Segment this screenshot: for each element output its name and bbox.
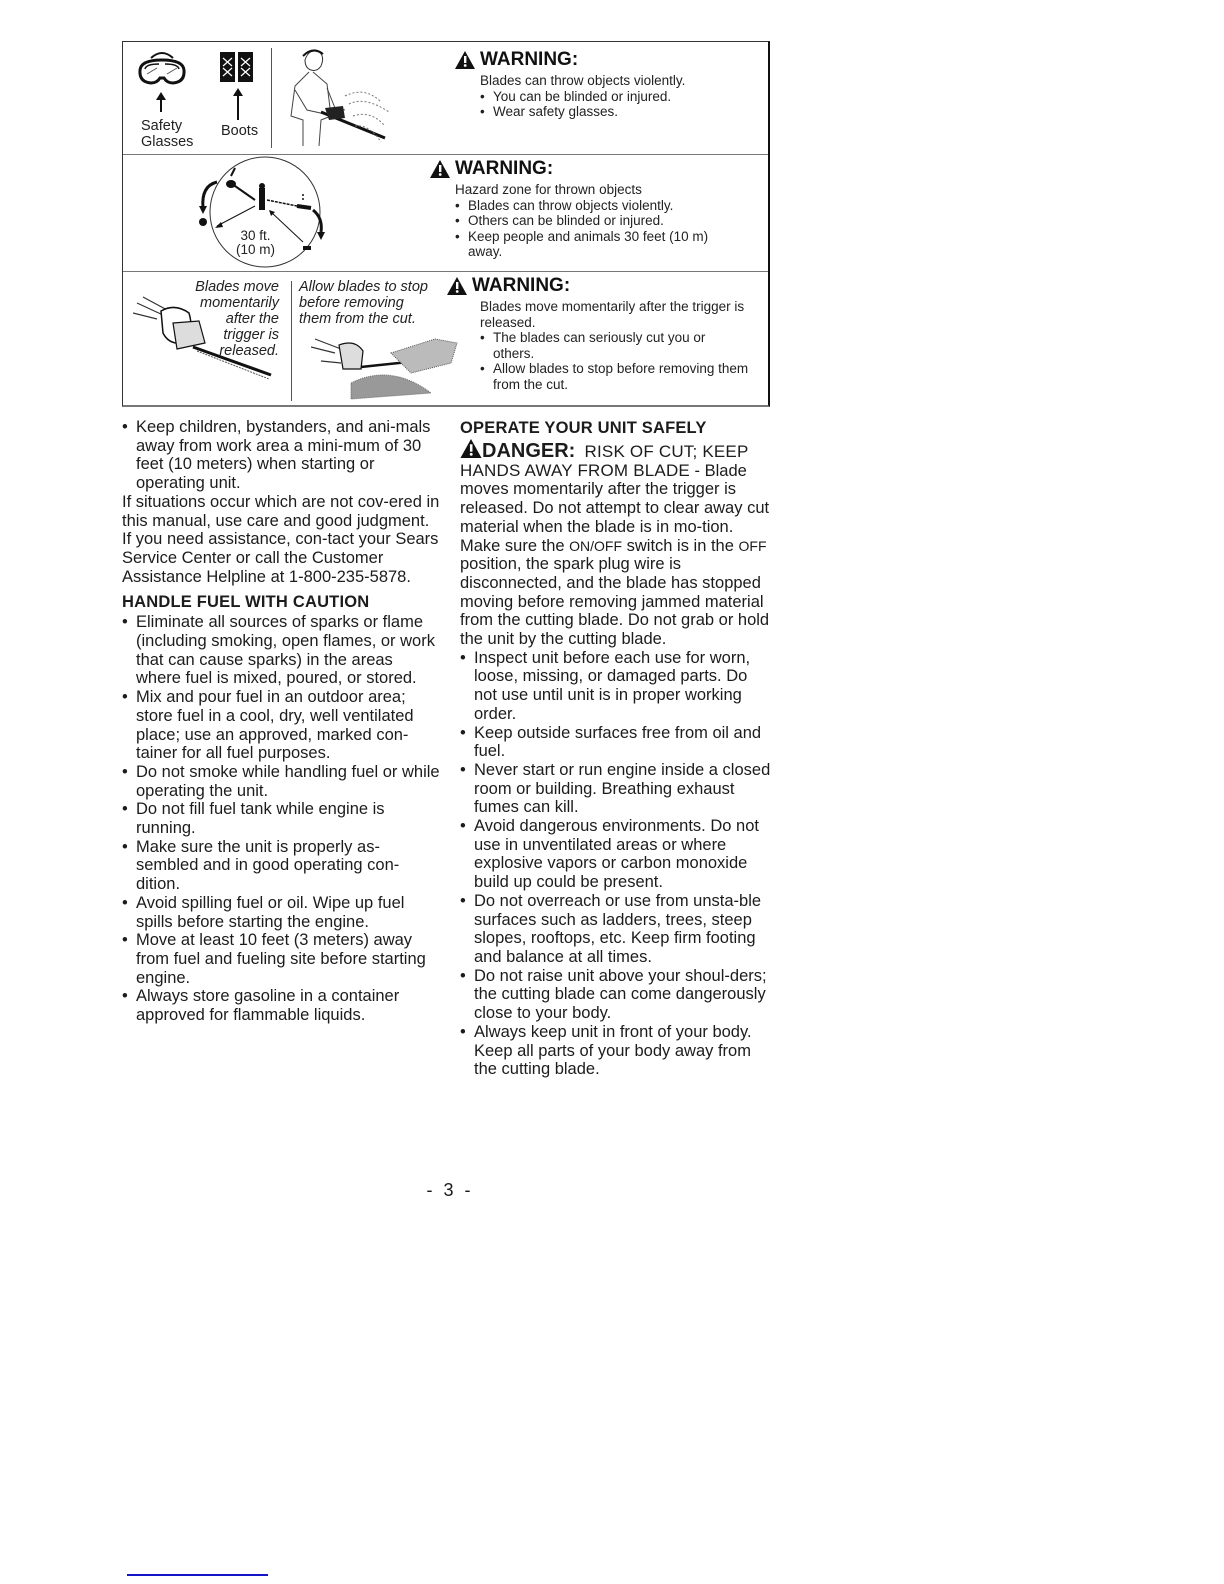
operator-with-hedge-trimmer-illustration — [285, 46, 395, 150]
warning-lead: Blades move momentarily after the trigge… — [480, 299, 755, 330]
danger-paragraph: DANGER: RISK OF CUT; KEEP HANDS AWAY FRO… — [460, 439, 772, 649]
caption-allow-blades-to-stop: Allow blades to stop before removing the… — [299, 279, 428, 327]
list-item: Avoid dangerous environments. Do not use… — [460, 817, 772, 892]
warning-bullet: Keep people and animals 30 feet (10 m) a… — [455, 229, 715, 260]
list-item: Do not overreach or use from unsta-ble s… — [460, 892, 772, 967]
warning-bullet: Allow blades to stop before removing the… — [480, 361, 750, 392]
warning-triangle-icon — [430, 160, 450, 178]
list-item: Avoid spilling fuel or oil. Wipe up fuel… — [122, 894, 440, 931]
list-item: Inspect unit before each use for worn, l… — [460, 649, 772, 724]
divider — [291, 281, 292, 401]
warning-triangle-icon — [455, 51, 475, 69]
operate-bullet-list: Inspect unit before each use for worn, l… — [460, 649, 772, 1079]
warning-row-safety-gear: Safety Glasses Boots W — [123, 42, 768, 155]
warning-lead: Hazard zone for thrown objects — [455, 182, 715, 198]
bullet-keep-children-away: Keep children, bystanders, and ani-mals … — [122, 418, 440, 493]
arrow-up-icon — [233, 88, 243, 120]
list-item: Always keep unit in front of your body. … — [460, 1023, 772, 1079]
list-item: Never start or run engine inside a close… — [460, 761, 772, 817]
divider — [271, 48, 272, 148]
trimmer-in-cut-illustration — [311, 333, 461, 403]
assistance-paragraph: If situations occur which are not cov-er… — [122, 493, 440, 587]
warning-row-hazard-zone: 30 ft. (10 m) WARNING: Hazard zone for t… — [123, 154, 768, 272]
danger-label: DANGER: — [482, 440, 575, 462]
link-underline[interactable] — [127, 1574, 268, 1576]
warning-block-hazard-zone: WARNING: Hazard zone for thrown objects … — [430, 158, 715, 260]
warning-triangle-icon — [447, 277, 467, 295]
warning-title: WARNING: — [455, 158, 553, 180]
list-item: Keep outside surfaces free from oil and … — [460, 724, 772, 761]
right-column: OPERATE YOUR UNIT SAFELY DANGER: RISK OF… — [460, 418, 772, 1079]
safety-glasses-icon — [137, 50, 187, 90]
list-item: Always store gasoline in a container app… — [122, 987, 440, 1024]
warning-bullet: Wear safety glasses. — [480, 104, 685, 120]
warning-block-thrown-objects: WARNING: Blades can throw objects violen… — [455, 49, 685, 120]
warning-title: WARNING: — [480, 49, 578, 71]
warning-block-blade-stop: WARNING: Blades move momentarily after t… — [447, 275, 755, 392]
left-column: Keep children, bystanders, and ani-mals … — [122, 418, 440, 1025]
warning-bullet: Others can be blinded or injured. — [455, 213, 715, 229]
arrow-up-icon — [156, 92, 166, 112]
list-item: Do not smoke while handling fuel or whil… — [122, 763, 440, 800]
danger-triangle-icon — [460, 439, 482, 458]
warning-lead: Blades can throw objects violently. — [480, 73, 685, 89]
warning-title: WARNING: — [472, 275, 570, 297]
off-label: OFF — [739, 538, 767, 554]
safety-warning-box: Safety Glasses Boots W — [122, 41, 770, 407]
list-item: Do not fill fuel tank while engine is ru… — [122, 800, 440, 837]
section-heading-operate: OPERATE YOUR UNIT SAFELY — [460, 418, 772, 438]
safety-glasses-label: Safety Glasses — [141, 118, 193, 150]
hazard-distance-label: 30 ft. (10 m) — [236, 229, 275, 257]
warning-bullet: Blades can throw objects violently. — [455, 198, 715, 214]
section-heading-fuel: HANDLE FUEL WITH CAUTION — [122, 592, 440, 612]
list-item: Move at least 10 feet (3 meters) away fr… — [122, 931, 440, 987]
warning-bullet: The blades can seriously cut you or othe… — [480, 330, 750, 361]
fuel-bullet-list: Eliminate all sources of sparks or flame… — [122, 613, 440, 1024]
list-item: Do not raise unit above your shoul-ders;… — [460, 967, 772, 1023]
caption-blades-move: Blades move momentarily after the trigge… — [173, 279, 279, 359]
boots-label: Boots — [221, 123, 258, 139]
list-item: Make sure the unit is properly as-semble… — [122, 838, 440, 894]
warning-row-blade-stop: Blades move momentarily after the trigge… — [123, 271, 768, 406]
boots-icon — [219, 52, 255, 82]
list-item: Eliminate all sources of sparks or flame… — [122, 613, 440, 688]
warning-bullet: You can be blinded or injured. — [480, 89, 685, 105]
list-item: Mix and pour fuel in an outdoor area; st… — [122, 688, 440, 763]
onoff-label: ON/OFF — [569, 538, 622, 554]
page-number: - 3 - — [0, 1180, 900, 1201]
